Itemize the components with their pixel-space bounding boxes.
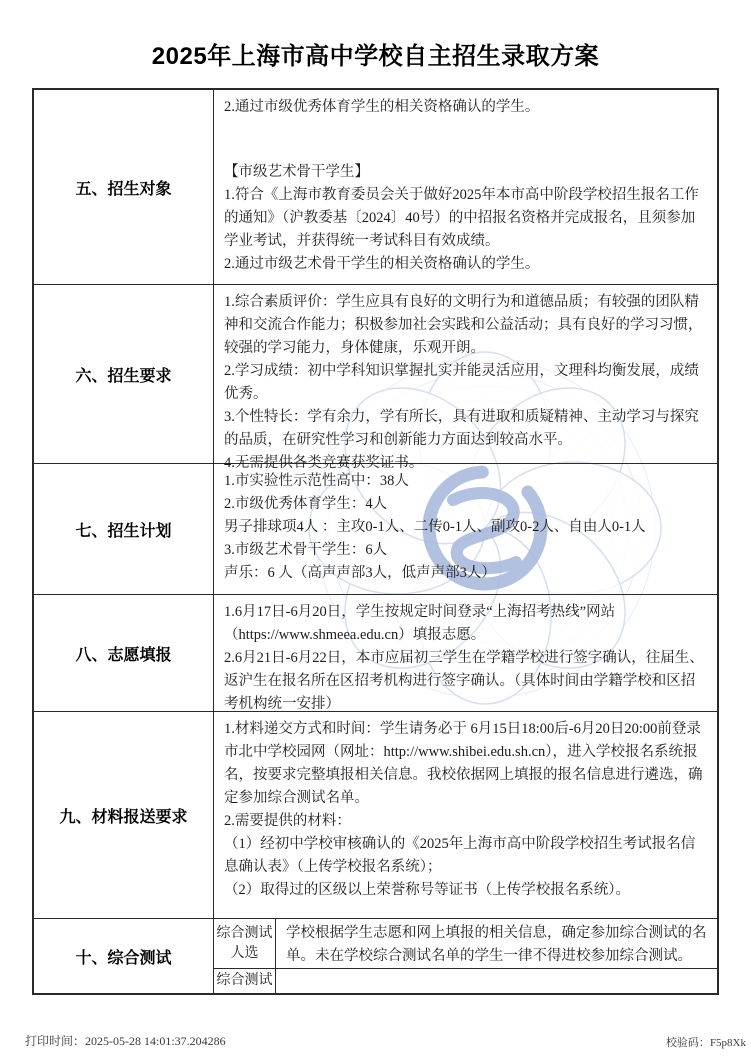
row-content: 1.6月17日-6月20日，学生按规定时间登录“上海招考热线”网站 （https… bbox=[214, 595, 717, 711]
row-content: 1.市实验性示范性高中：38人 2.市级优秀体育学生：4人 男子排球项4人 ：主… bbox=[214, 464, 717, 594]
paragraph: 1.综合素质评价：学生应具有良好的文明行为和道德品质；有较强的团队精神和交流合作… bbox=[224, 291, 709, 360]
row-header-label: 十、综合测试 bbox=[34, 919, 214, 993]
table-row-comprehensive-test: 十、综合测试 综合测试人选 学校根据学生志愿和网上填报的相关信息，确定参加综合测… bbox=[34, 919, 717, 993]
print-time-value: 2025-05-28 14:01:37.204286 bbox=[85, 1034, 226, 1048]
table-row-enrollment-targets: 五、招生对象 2.通过市级优秀体育学生的相关资格确认的学生。 【市级艺术骨干学生… bbox=[34, 90, 717, 285]
paragraph: （https://www.shmeea.edu.cn）填报志愿。 bbox=[224, 624, 709, 647]
row-header-label: 七、招生计划 bbox=[34, 464, 214, 594]
comprehensive-test-subrows: 综合测试人选 学校根据学生志愿和网上填报的相关信息，确定参加综合测试的名单。未在… bbox=[214, 919, 717, 993]
verification-code-label: 校验码： bbox=[666, 1037, 710, 1049]
paragraph: 2.市级优秀体育学生：4人 bbox=[224, 493, 709, 516]
paragraph: 1.符合《上海市教育委员会关于做好2025年本市高中阶段学校招生报名工作的通知》… bbox=[224, 184, 709, 253]
verification-code-value: F5p8Xk bbox=[710, 1037, 746, 1049]
table-row-enrollment-requirements: 六、招生要求 1.综合素质评价：学生应具有良好的文明行为和道德品质；有较强的团队… bbox=[34, 285, 717, 464]
subrow-label: 综合测试 bbox=[214, 969, 276, 993]
subrow-content bbox=[276, 969, 717, 993]
paragraph: 1.市实验性示范性高中：38人 bbox=[224, 470, 709, 493]
paragraph: 1.6月17日-6月20日，学生按规定时间登录“上海招考热线”网站 bbox=[224, 601, 709, 624]
row-content: 2.通过市级优秀体育学生的相关资格确认的学生。 【市级艺术骨干学生】 1.符合《… bbox=[214, 90, 717, 284]
enrollment-plan-table: 五、招生对象 2.通过市级优秀体育学生的相关资格确认的学生。 【市级艺术骨干学生… bbox=[32, 88, 719, 995]
paragraph: 2.6月21日-6月22日，本市应届初三学生在学籍学校进行签字确认，往届生、返沪… bbox=[224, 647, 709, 716]
subrow-content: 学校根据学生志愿和网上填报的相关信息，确定参加综合测试的名单。未在学校综合测试名… bbox=[276, 919, 717, 968]
subrow-label: 综合测试人选 bbox=[214, 919, 276, 968]
paragraph: 男子排球项4人 ：主攻0-1人、二传0-1人、副攻0-2人、自由人0-1人 bbox=[224, 516, 709, 539]
verification-code: 校验码：F5p8Xk bbox=[666, 1034, 746, 1050]
paragraph: 1.材料递交方式和时间：学生请务必于 6月15日18:00后-6月20日20:0… bbox=[224, 718, 709, 810]
print-time-label: 打印时间： bbox=[25, 1034, 85, 1048]
row-header-label: 五、招生对象 bbox=[34, 90, 214, 284]
paragraph: 2.通过市级优秀体育学生的相关资格确认的学生。 bbox=[224, 96, 709, 119]
paragraph: 2.通过市级艺术骨干学生的相关资格确认的学生。 bbox=[224, 253, 709, 276]
subrow-comprehensive-test: 综合测试 bbox=[214, 969, 717, 993]
row-content: 1.材料递交方式和时间：学生请务必于 6月15日18:00后-6月20日20:0… bbox=[214, 712, 717, 918]
print-time: 打印时间：2025-05-28 14:01:37.204286 bbox=[25, 1032, 226, 1049]
paragraph: 声乐：6 人（高声声部3人，低声声部3人） bbox=[224, 562, 709, 585]
row-header-label: 六、招生要求 bbox=[34, 285, 214, 463]
paragraph: （1）经初中学校审核确认的《2025年上海市高中阶段学校招生考试报名信息确认表》… bbox=[224, 833, 709, 879]
page-title: 2025年上海市高中学校自主招生录取方案 bbox=[0, 36, 751, 71]
table-row-material-submission: 九、材料报送要求 1.材料递交方式和时间：学生请务必于 6月15日18:00后-… bbox=[34, 712, 717, 919]
table-row-enrollment-quota: 七、招生计划 1.市实验性示范性高中：38人 2.市级优秀体育学生：4人 男子排… bbox=[34, 464, 717, 595]
subrow-test-candidates: 综合测试人选 学校根据学生志愿和网上填报的相关信息，确定参加综合测试的名单。未在… bbox=[214, 919, 717, 969]
paragraph: 【市级艺术骨干学生】 bbox=[224, 161, 709, 184]
row-header-label: 八、志愿填报 bbox=[34, 595, 214, 711]
table-row-application-filing: 八、志愿填报 1.6月17日-6月20日，学生按规定时间登录“上海招考热线”网站… bbox=[34, 595, 717, 712]
paragraph: 2.学习成绩：初中学科知识掌握扎实并能灵活应用，文理科均衡发展，成绩优秀。 bbox=[224, 360, 709, 406]
row-content: 1.综合素质评价：学生应具有良好的文明行为和道德品质；有较强的团队精神和交流合作… bbox=[214, 285, 717, 463]
paragraph: 2.需要提供的材料： bbox=[224, 810, 709, 833]
paragraph: 3.市级艺术骨干学生：6人 bbox=[224, 539, 709, 562]
paragraph: （2）取得过的区级以上荣誉称号等证书（上传学校报名系统）。 bbox=[224, 879, 709, 902]
paragraph: 3.个性特长：学有余力，学有所长，具有进取和质疑精神、主动学习与探究的品质，在研… bbox=[224, 406, 709, 452]
row-header-label: 九、材料报送要求 bbox=[34, 712, 214, 918]
